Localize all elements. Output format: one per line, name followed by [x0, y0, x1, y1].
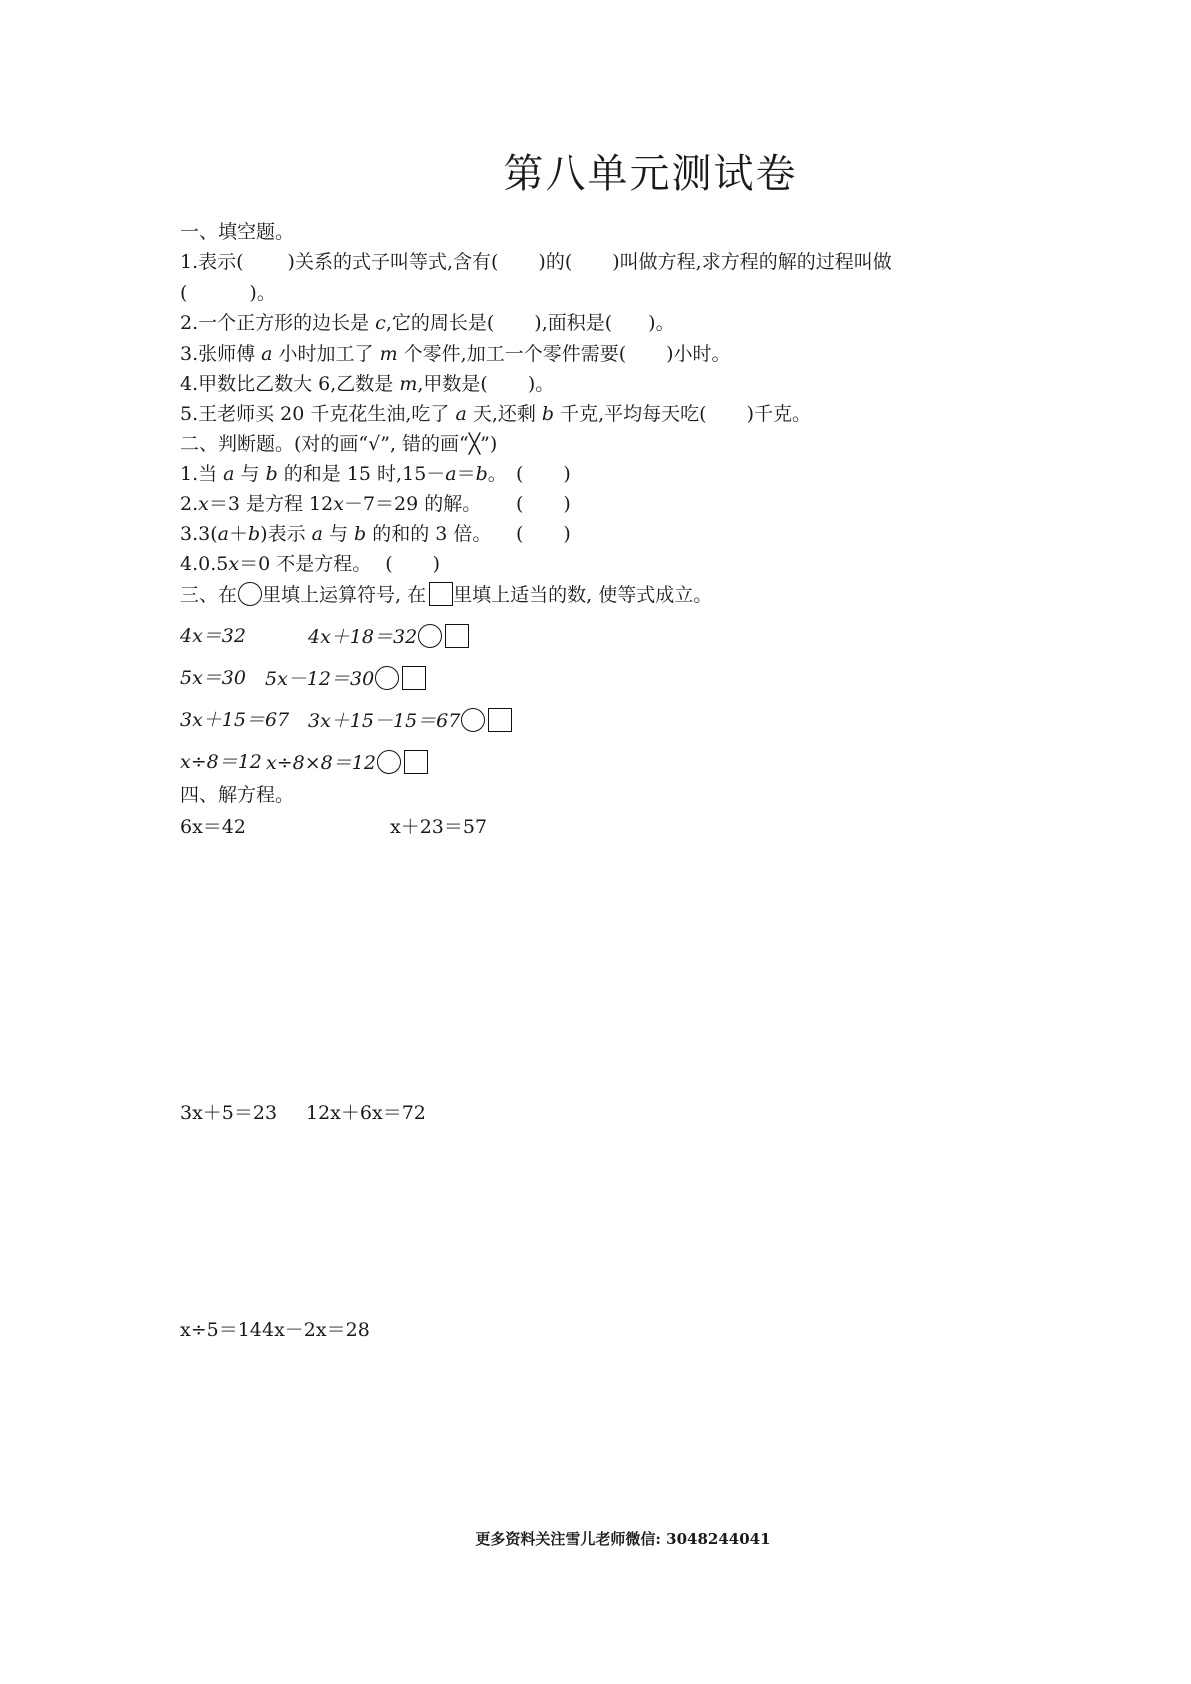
- equation-6: 4x－2x＝28: [262, 1318, 370, 1342]
- circle-symbol-icon: [238, 582, 262, 606]
- equation-1: 6x＝42: [180, 815, 246, 839]
- section1-heading: 一、填空题。: [180, 220, 294, 244]
- equation-4: 12x＋6x＝72: [306, 1101, 426, 1125]
- section3-row-4-eq: x÷8×8＝12: [266, 750, 428, 775]
- number-box-1[interactable]: [445, 624, 469, 648]
- question-2-3: 3.3(a＋b)表示 a 与 b 的和的 3 倍。: [180, 522, 491, 546]
- square-symbol-icon: [429, 582, 453, 606]
- question-2-2: 2.x＝3 是方程 12x－7＝29 的解。: [180, 492, 481, 516]
- answer-paren-2-1[interactable]: (): [516, 462, 571, 486]
- operator-circle-3[interactable]: [461, 708, 485, 732]
- answer-paren-2-3[interactable]: (): [516, 522, 571, 546]
- question-1-1: 1.表示()关系的式子叫等式,含有()的()叫做方程,求方程的解的过程叫做: [180, 250, 892, 274]
- question-1-5: 5.王老师买 20 千克花生油,吃了 a 天,还剩 b 千克,平均每天吃()千克…: [180, 402, 811, 426]
- equation-2: x＋23＝57: [390, 815, 487, 839]
- number-box-2[interactable]: [402, 666, 426, 690]
- operator-circle-1[interactable]: [418, 624, 442, 648]
- question-1-3: 3.张师傅 a 小时加工了 m 个零件,加工一个零件需要()小时。: [180, 342, 731, 366]
- section3-row-1: 4x＝32: [180, 624, 246, 648]
- question-1-1-cont: ()。: [180, 281, 276, 305]
- section3-row-1-eq: 4x＋18＝32: [308, 624, 469, 649]
- section3-row-3-eq: 3x＋15－15＝67: [308, 708, 512, 733]
- equation-3: 3x＋5＝23: [180, 1101, 277, 1125]
- section3-row-2: 5x＝30: [180, 666, 246, 690]
- number-box-4[interactable]: [404, 750, 428, 774]
- page-title: 第八单元测试卷: [0, 142, 1191, 199]
- question-2-4: 4.0.5x＝0 不是方程。(): [180, 552, 440, 576]
- question-2-1: 1.当 a 与 b 的和是 15 时,15－a＝b。: [180, 462, 507, 486]
- section3-heading: 三、在里填上运算符号, 在里填上适当的数, 使等式成立。: [180, 582, 712, 607]
- question-1-4: 4.甲数比乙数大 6,乙数是 m,甲数是()。: [180, 372, 554, 396]
- answer-paren-2-2[interactable]: (): [516, 492, 571, 516]
- section3-row-4: x÷8＝12: [180, 750, 262, 774]
- operator-circle-4[interactable]: [377, 750, 401, 774]
- equation-5: x÷5＝14: [180, 1318, 262, 1342]
- footer-note: 更多资料关注雪儿老师微信: 3048244041: [0, 1528, 1191, 1549]
- section3-row-3: 3x＋15＝67: [180, 708, 289, 732]
- operator-circle-2[interactable]: [375, 666, 399, 690]
- section2-heading: 二、判断题。(对的画“√”, 错的画“╳”): [180, 432, 497, 456]
- section3-row-2-eq: 5x－12＝30: [265, 666, 426, 691]
- question-1-2: 2.一个正方形的边长是 c,它的周长是(),面积是()。: [180, 311, 675, 335]
- number-box-3[interactable]: [488, 708, 512, 732]
- section4-heading: 四、解方程。: [180, 783, 294, 807]
